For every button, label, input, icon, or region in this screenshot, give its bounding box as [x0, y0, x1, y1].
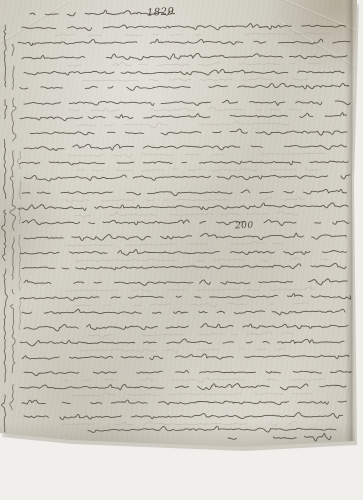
margin-script: [17, 152, 21, 330]
body-line-script: [22, 309, 345, 315]
bleedthrough-script: [62, 421, 297, 425]
legible-fragment-amount: 200: [235, 221, 254, 232]
bleedthrough-script: [72, 393, 312, 396]
bleedthrough-script: [68, 62, 319, 66]
body-line-script: [24, 69, 344, 75]
margin-script: [10, 45, 16, 410]
body-line-script: [18, 39, 350, 45]
body-line-script: [24, 370, 351, 375]
body-line-script: [20, 161, 348, 165]
bleedthrough-script: [74, 303, 308, 307]
handwriting-layer: [0, 0, 363, 500]
body-line-script: [22, 53, 347, 60]
body-line-script: [22, 354, 349, 360]
bleedthrough-script: [75, 258, 328, 262]
body-line-script: [20, 294, 351, 301]
bleedthrough-script: [83, 77, 308, 81]
bleedthrough-script: [63, 378, 324, 383]
bleedthrough-script: [88, 332, 293, 338]
bleedthrough-script: [65, 197, 304, 202]
body-line-script: [22, 263, 346, 269]
bleedthrough-script: [55, 33, 332, 36]
body-line-script: [24, 144, 346, 150]
bleedthrough-script: [69, 107, 300, 112]
body-line-script: [24, 100, 350, 105]
bleedthrough-script: [65, 287, 314, 291]
letter-scan: 1829 200: [0, 0, 363, 500]
closing-line-script: [88, 426, 336, 432]
bleedthrough-script: [68, 153, 325, 157]
margin-script: [2, 25, 8, 432]
signature-script: [228, 433, 331, 441]
body-line-script: [20, 384, 346, 390]
body-line-script: [22, 220, 349, 226]
body-line-script: [20, 339, 344, 346]
body-line-script: [20, 83, 349, 90]
body-line-script: [22, 189, 346, 195]
body-line-script: [22, 24, 346, 31]
legible-fragment-year: 1829: [147, 6, 175, 18]
body-line-script: [20, 113, 346, 121]
body-line-script: [20, 249, 347, 255]
bleedthrough-script: [77, 168, 319, 171]
body-line-script: [24, 324, 348, 331]
body-line-script: [24, 413, 343, 420]
body-line-script: [24, 279, 347, 285]
bleedthrough-script: [79, 349, 284, 353]
bleedthrough-script: [78, 121, 288, 127]
body-line-script: [30, 129, 347, 135]
body-line-script: [18, 203, 348, 211]
body-line-script: [22, 400, 346, 405]
body-line-script: [24, 175, 350, 181]
body-line-script: [24, 233, 346, 240]
bleedthrough-script: [74, 212, 297, 218]
bleedthrough-script: [66, 241, 282, 246]
